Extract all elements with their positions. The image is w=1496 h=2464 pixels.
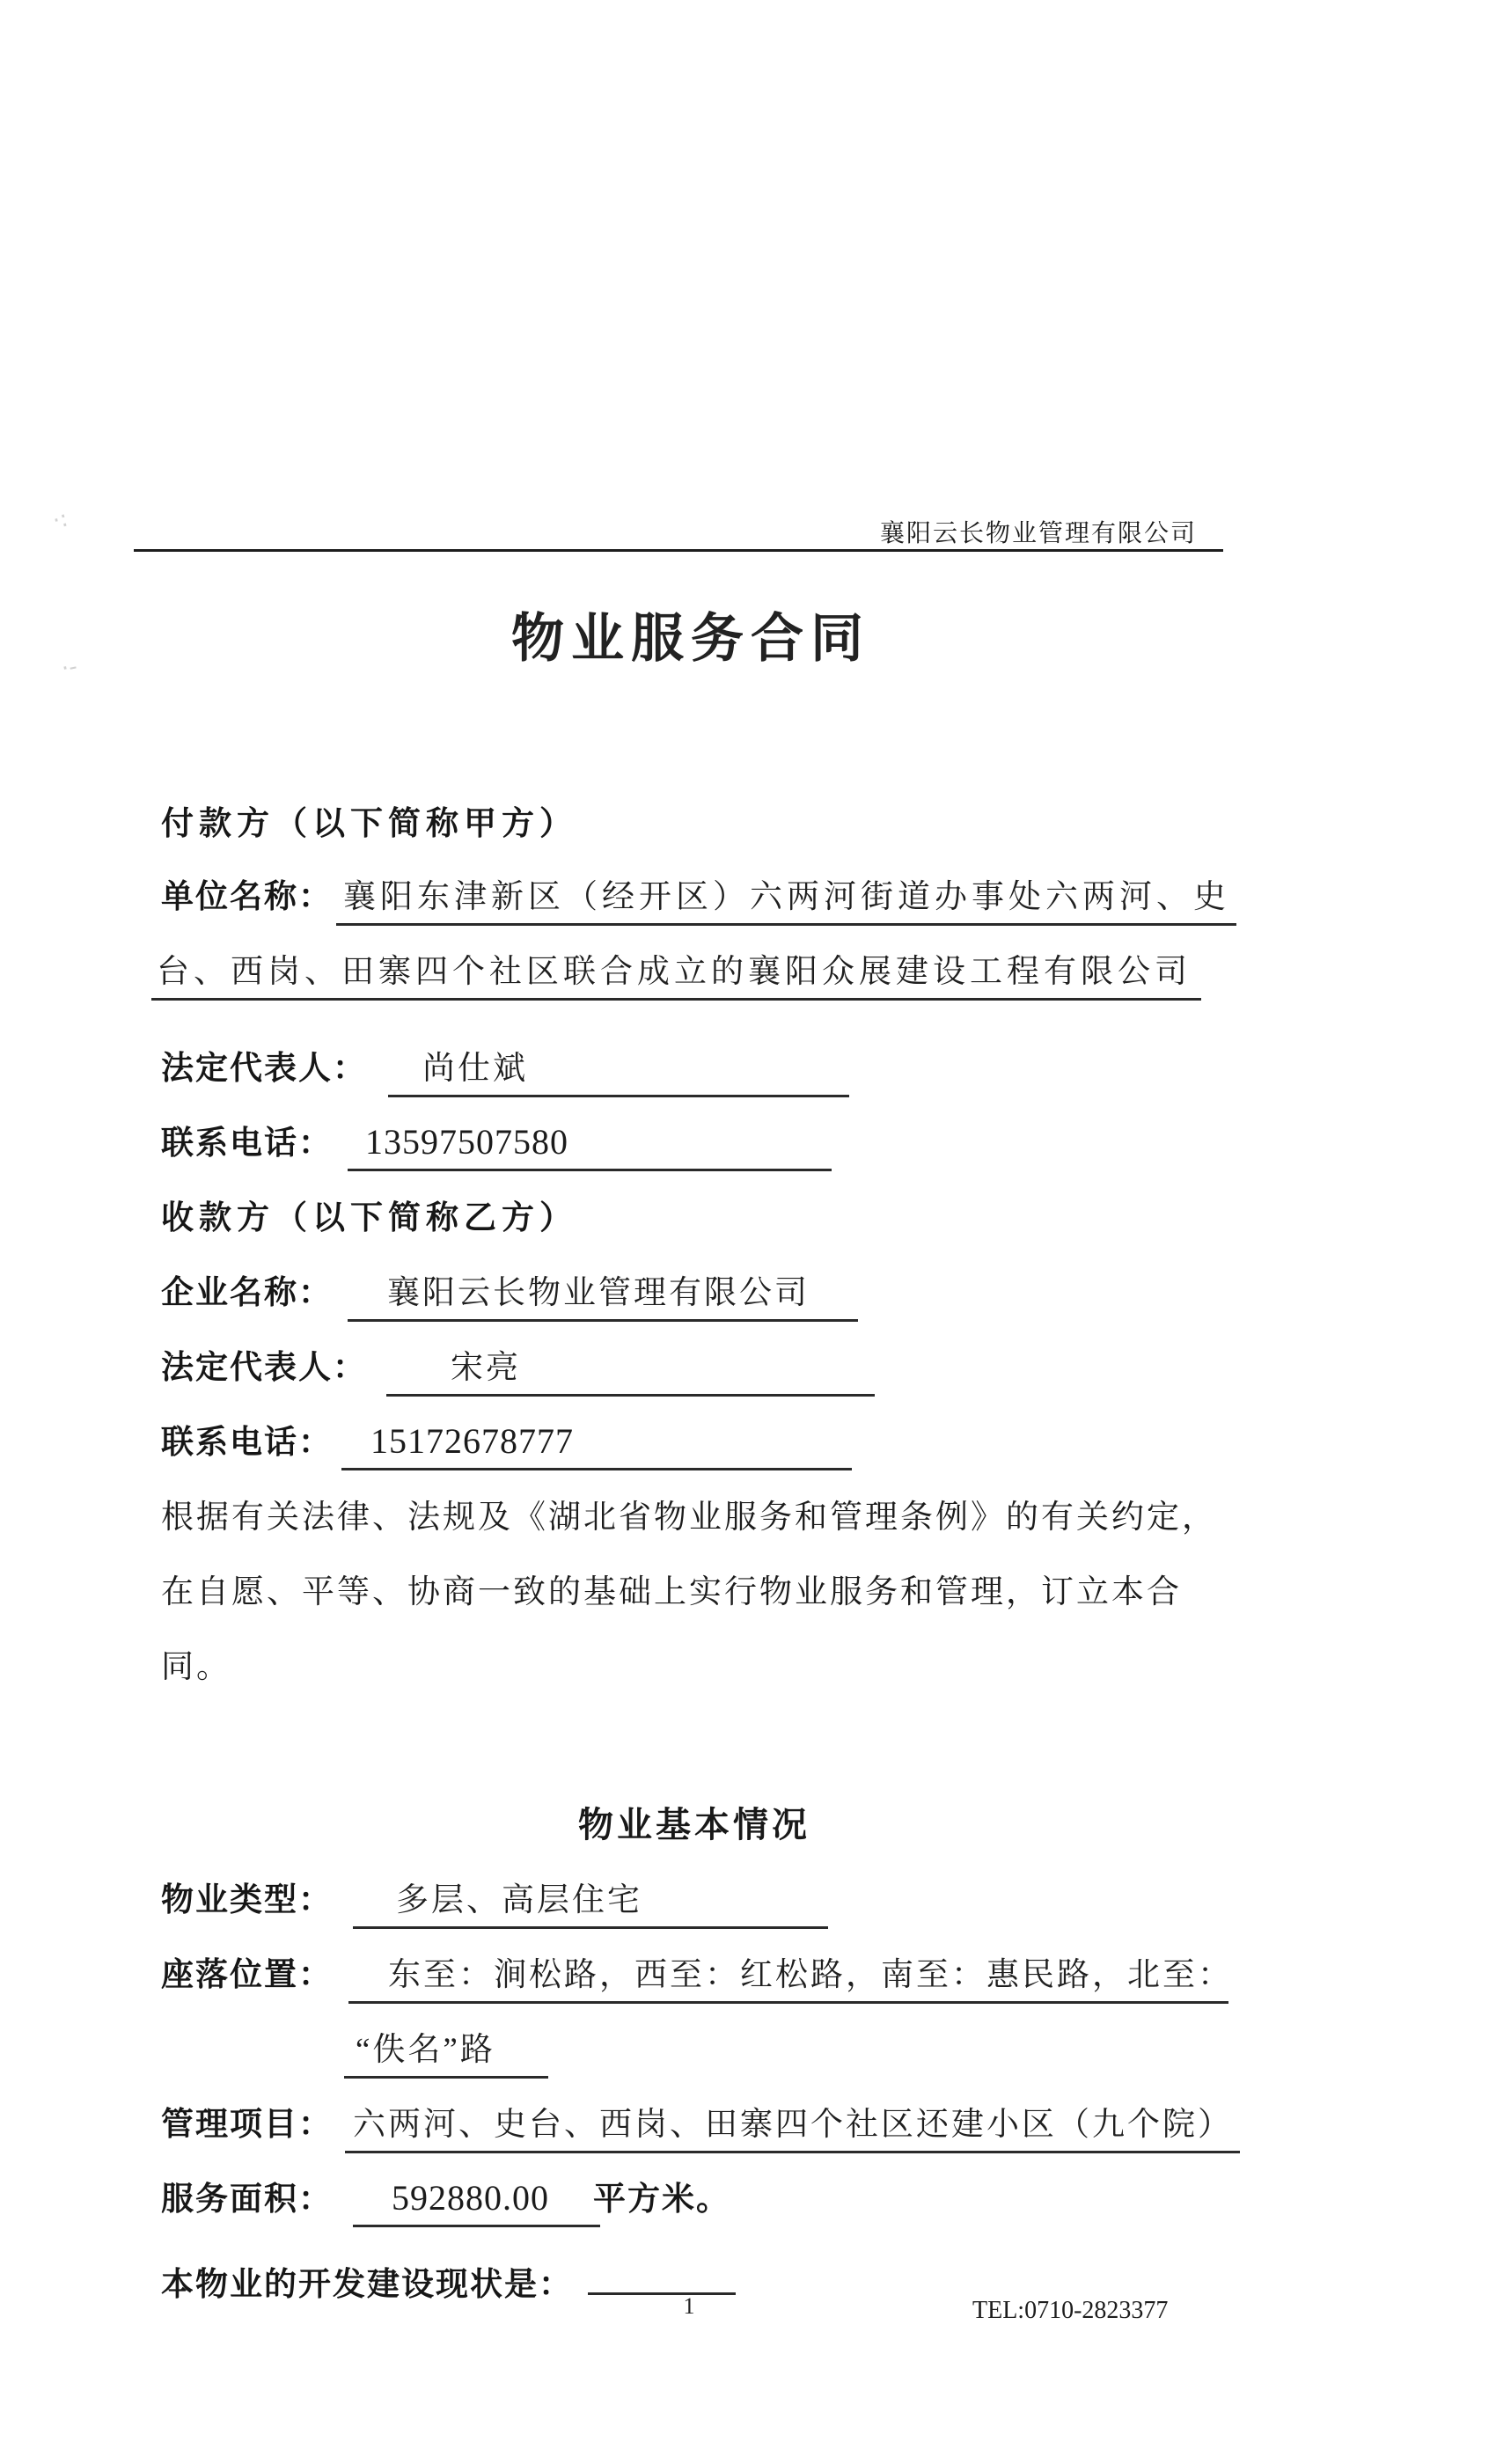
header-divider bbox=[134, 549, 1223, 552]
document-title: 物业服务合同 bbox=[511, 597, 870, 672]
party-b-heading-text: 收款方（以下简称乙方） bbox=[161, 1199, 577, 1236]
project-value: 六两河、史台、西岗、田寨四个社区还建小区（九个院） bbox=[345, 2097, 1240, 2153]
location-label: 座落位置： bbox=[161, 1956, 333, 1992]
unit-name-value-line2: 台、西岗、田寨四个社区联合成立的襄阳众展建设工程有限公司 bbox=[151, 944, 1201, 1001]
phone-value: 15172678777 bbox=[341, 1420, 852, 1470]
party-b-legal-rep-row: 法定代表人：宋亮 bbox=[161, 1340, 875, 1397]
party-a-legal-rep-row: 法定代表人：尚仕斌 bbox=[161, 1041, 849, 1097]
scan-artifact: ·: bbox=[50, 506, 70, 535]
party-b-company-row: 企业名称：襄阳云长物业管理有限公司 bbox=[161, 1265, 858, 1322]
area-value: 592880.00 bbox=[353, 2177, 600, 2227]
company-name-label: 企业名称： bbox=[161, 1274, 333, 1310]
company-name-value: 襄阳云长物业管理有限公司 bbox=[348, 1265, 858, 1322]
section-title: 物业基本情况 bbox=[578, 1797, 810, 1847]
property-type-value: 多层、高层住宅 bbox=[353, 1873, 828, 1929]
property-type-label: 物业类型： bbox=[161, 1881, 333, 1918]
status-row: 本物业的开发建设现状是： bbox=[161, 2257, 736, 2305]
header-company-name: 襄阳云长物业管理有限公司 bbox=[880, 514, 1214, 549]
phone-label: 联系电话： bbox=[161, 1125, 333, 1161]
location-row2: “佚名”路 bbox=[344, 2022, 548, 2079]
party-b-heading: 收款方（以下简称乙方） bbox=[161, 1191, 577, 1238]
location-row: 座落位置：东至：涧松路，西至：红松路，南至：惠民路，北至： bbox=[161, 1947, 1228, 2004]
party-a-heading: 付款方（以下简称甲方） bbox=[161, 796, 577, 844]
party-a-phone-row: 联系电话：13597507580 bbox=[161, 1116, 832, 1171]
project-label: 管理项目： bbox=[161, 2106, 333, 2142]
blank-underline bbox=[588, 2262, 736, 2295]
footer-tel: TEL:0710-2823377 bbox=[972, 2297, 1168, 2325]
area-suffix: 平方米。 bbox=[593, 2181, 730, 2217]
party-a-heading-text: 付款方（以下简称甲方） bbox=[161, 805, 577, 841]
location-value-line2: “佚名”路 bbox=[344, 2022, 548, 2079]
preamble-line2: 在自愿、平等、协商一致的基础上实行物业服务和管理，订立本合 bbox=[161, 1565, 1182, 1612]
phone-value: 13597507580 bbox=[348, 1121, 832, 1171]
location-value-line1: 东至：涧松路，西至：红松路，南至：惠民路，北至： bbox=[348, 1947, 1228, 2004]
unit-name-value-line1: 襄阳东津新区（经开区）六两河街道办事处六两河、史 bbox=[336, 869, 1236, 926]
property-type-row: 物业类型：多层、高层住宅 bbox=[161, 1873, 828, 1929]
status-label: 本物业的开发建设现状是： bbox=[161, 2266, 573, 2302]
legal-rep-value: 宋亮 bbox=[386, 1340, 875, 1397]
party-a-unit-name-row2: 台、西岗、田寨四个社区联合成立的襄阳众展建设工程有限公司 bbox=[151, 944, 1201, 1001]
contract-page: ·: ·- 襄阳云长物业管理有限公司 物业服务合同 付款方（以下简称甲方） 单位… bbox=[0, 0, 1496, 2464]
legal-rep-label: 法定代表人： bbox=[161, 1349, 367, 1385]
unit-name-label: 单位名称： bbox=[161, 878, 333, 914]
party-b-phone-row: 联系电话：15172678777 bbox=[161, 1415, 852, 1470]
preamble-line3: 同。 bbox=[161, 1639, 231, 1687]
party-a-unit-name-row: 单位名称：襄阳东津新区（经开区）六两河街道办事处六两河、史 bbox=[161, 869, 1236, 926]
project-row: 管理项目：六两河、史台、西岗、田寨四个社区还建小区（九个院） bbox=[161, 2097, 1240, 2153]
legal-rep-label: 法定代表人： bbox=[161, 1050, 367, 1086]
area-row: 服务面积：592880.00平方米。 bbox=[161, 2172, 730, 2227]
phone-label: 联系电话： bbox=[161, 1424, 333, 1460]
page-number: 1 bbox=[676, 2293, 702, 2320]
legal-rep-value: 尚仕斌 bbox=[388, 1041, 849, 1097]
area-label: 服务面积： bbox=[161, 2181, 333, 2217]
scan-artifact: ·- bbox=[59, 653, 80, 682]
preamble-line1: 根据有关法律、法规及《湖北省物业服务和管理条例》的有关约定， bbox=[161, 1490, 1217, 1537]
